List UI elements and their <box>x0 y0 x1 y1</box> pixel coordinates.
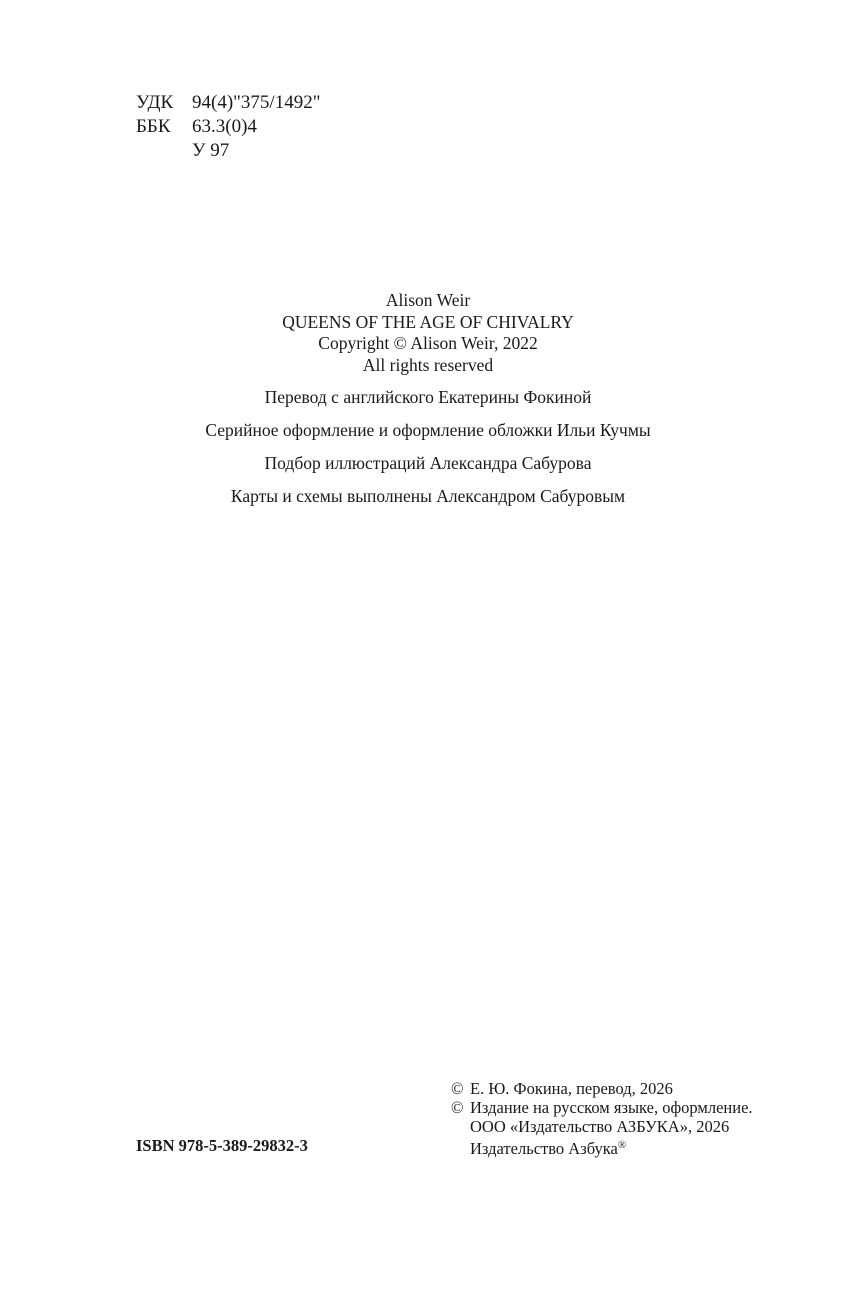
rights-publisher: ООО «Издательство АЗБУКА», 2026 <box>451 1117 753 1136</box>
udk-row: УДК 94(4)"375/1492" <box>136 91 320 115</box>
rights-imprint: Издательство Азбука® <box>451 1136 753 1158</box>
registered-icon: ® <box>618 1139 626 1151</box>
rights-block: ©Е. Ю. Фокина, перевод, 2026 ©Издание на… <box>451 1079 753 1158</box>
isbn: ISBN 978-5-389-29832-3 <box>136 1136 308 1156</box>
rights-edition: ©Издание на русском языке, оформление. <box>451 1098 753 1117</box>
author-mark-row: У 97 <box>136 139 320 163</box>
udk-label: УДК <box>136 91 192 115</box>
credit-design: Серийное оформление и оформление обложки… <box>0 419 856 452</box>
credits: Перевод с английского Екатерины Фокиной … <box>0 386 856 518</box>
original-title: QUEENS OF THE AGE OF CHIVALRY <box>0 312 856 334</box>
udk-value: 94(4)"375/1492" <box>192 91 320 115</box>
bbk-value: 63.3(0)4 <box>192 115 257 139</box>
classification-codes: УДК 94(4)"375/1492" ББК 63.3(0)4 У 97 <box>136 91 320 163</box>
original-author: Alison Weir <box>0 290 856 312</box>
original-edition-info: Alison Weir QUEENS OF THE AGE OF CHIVALR… <box>0 290 856 376</box>
copyright-icon: © <box>451 1098 470 1117</box>
original-copyright: Copyright © Alison Weir, 2022 <box>0 333 856 355</box>
copyright-icon: © <box>451 1079 470 1098</box>
bbk-label: ББК <box>136 115 192 139</box>
original-rights: All rights reserved <box>0 355 856 377</box>
credit-translator: Перевод с английского Екатерины Фокиной <box>0 386 856 419</box>
credit-illustrations: Подбор иллюстраций Александра Сабурова <box>0 452 856 485</box>
author-mark: У 97 <box>192 139 229 163</box>
rights-translation: ©Е. Ю. Фокина, перевод, 2026 <box>451 1079 753 1098</box>
bbk-row: ББК 63.3(0)4 <box>136 115 320 139</box>
credit-maps: Карты и схемы выполнены Александром Сабу… <box>0 485 856 518</box>
